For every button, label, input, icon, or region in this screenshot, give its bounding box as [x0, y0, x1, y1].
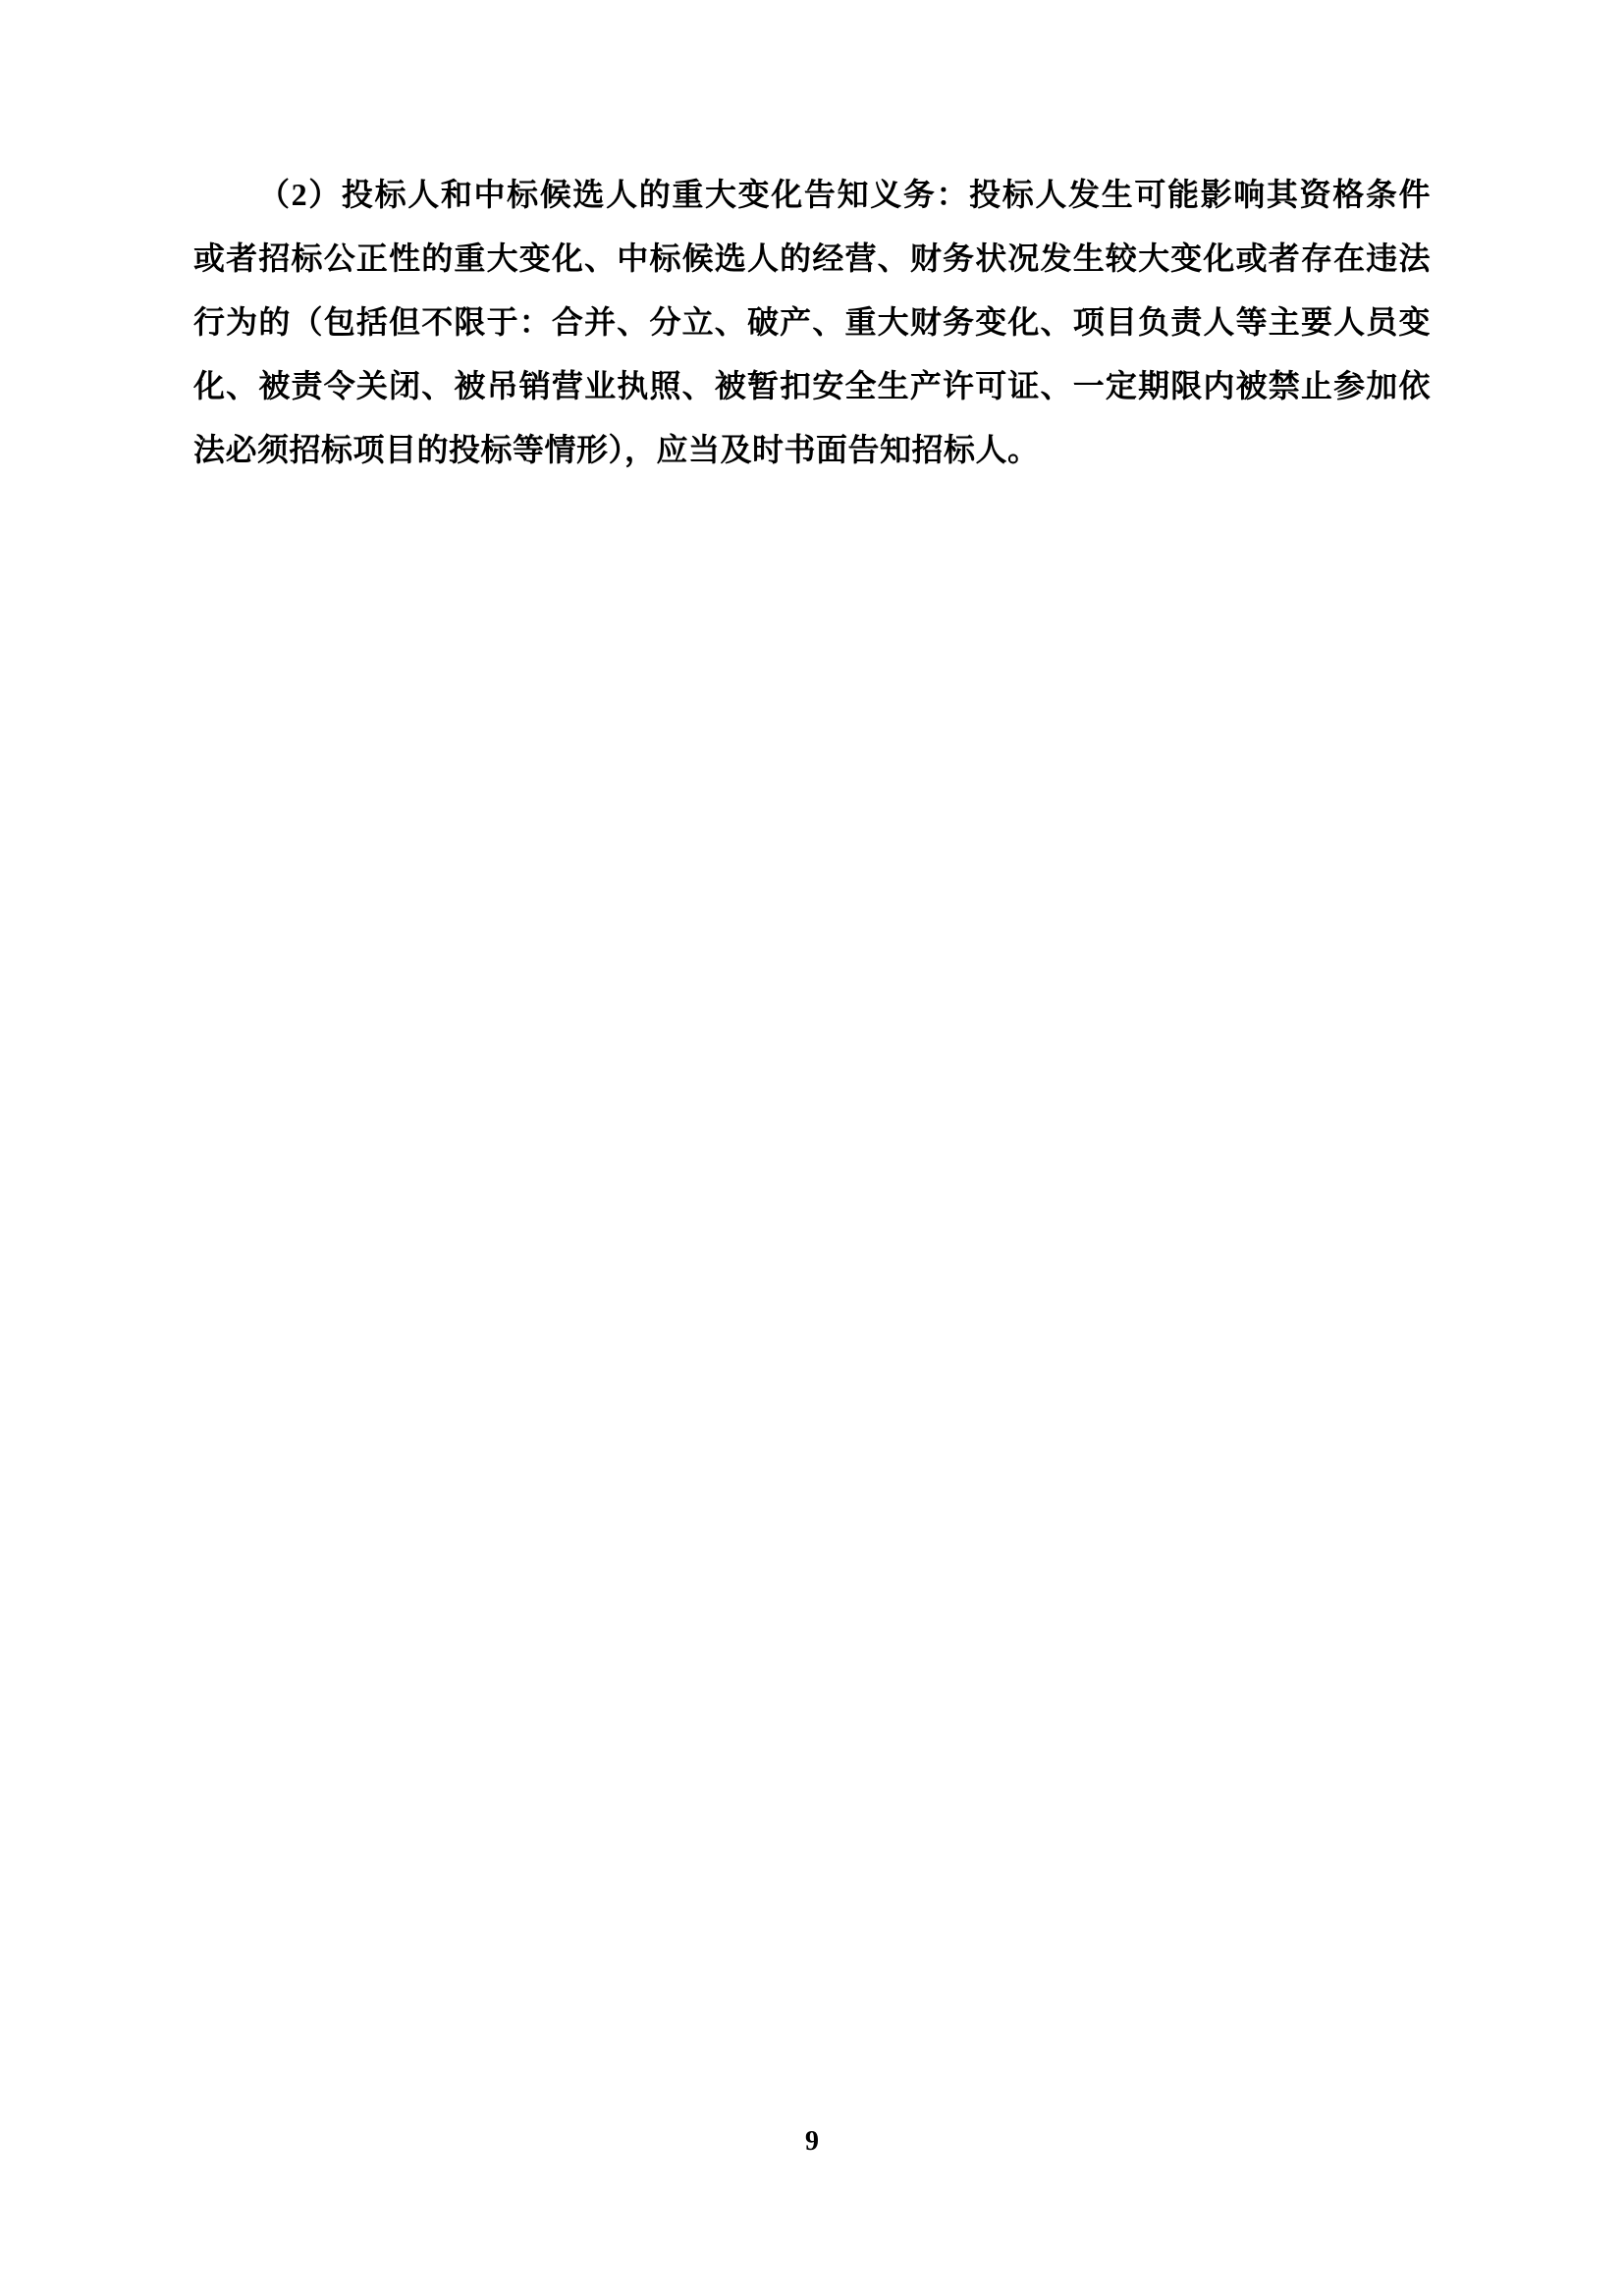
paragraph-line-1: （2）投标人和中标候选人的重大变化告知义务：投标人发生可能影响其资格条件	[193, 163, 1431, 227]
paragraph-line-2: 或者招标公正性的重大变化、中标候选人的经营、财务状况发生较大变化或者存在违法	[193, 227, 1431, 291]
paragraph: （2）投标人和中标候选人的重大变化告知义务：投标人发生可能影响其资格条件 或者招…	[193, 163, 1431, 482]
paragraph-line-4: 化、被责令关闭、被吊销营业执照、被暂扣安全生产许可证、一定期限内被禁止参加依	[193, 354, 1431, 418]
page-number: 9	[0, 2126, 1624, 2158]
paragraph-line-5: 法必须招标项目的投标等情形），应当及时书面告知招标人。	[193, 418, 1431, 482]
document-page: （2）投标人和中标候选人的重大变化告知义务：投标人发生可能影响其资格条件 或者招…	[0, 0, 1624, 2296]
paragraph-line-3: 行为的（包括但不限于：合并、分立、破产、重大财务变化、项目负责人等主要人员变	[193, 291, 1431, 354]
